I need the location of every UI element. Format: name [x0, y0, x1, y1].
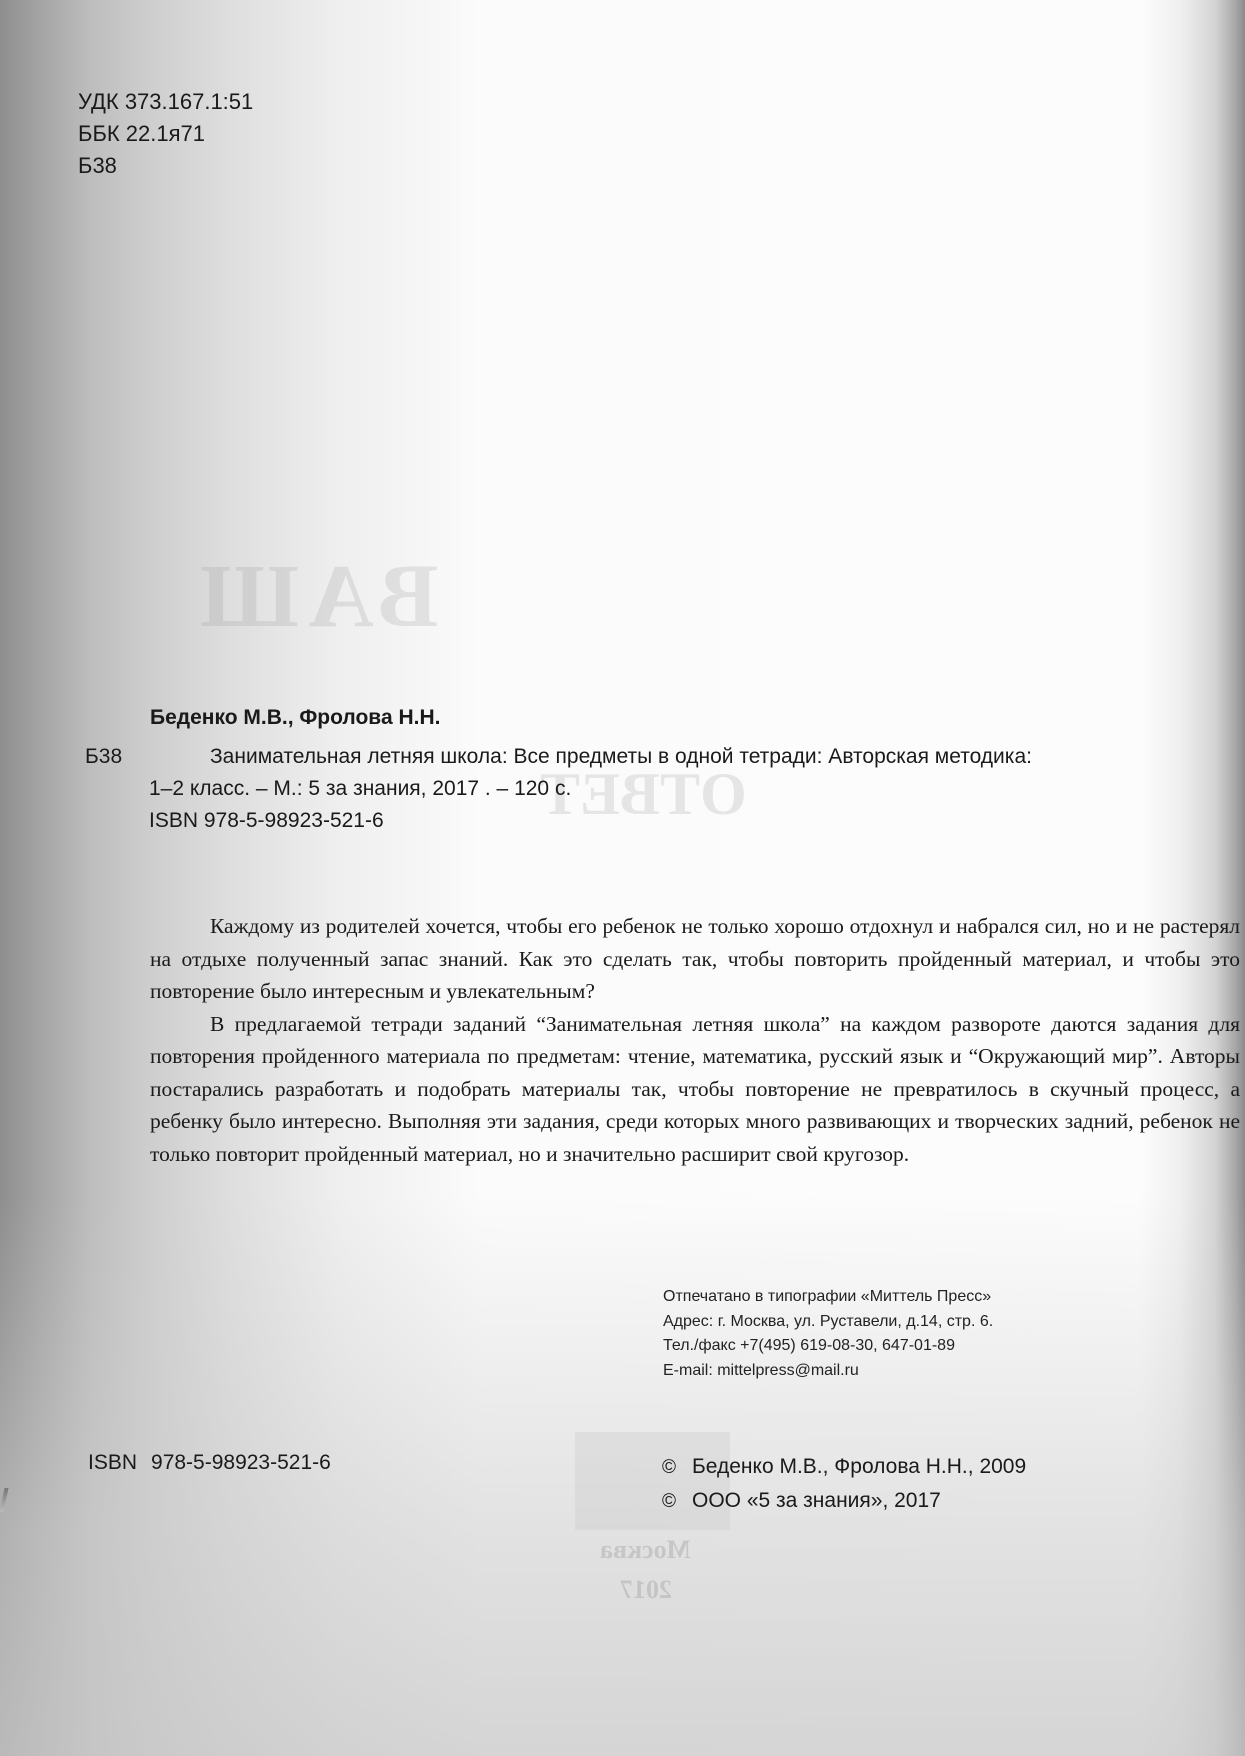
printed-by: Отпечатано в типографии «Миттель Пресс»	[663, 1285, 993, 1310]
copyright-icon: ©	[662, 1485, 692, 1518]
scan-shading	[0, 1196, 1245, 1756]
annotation-paragraph: В предлагаемой тетради заданий “Занимате…	[150, 1008, 1240, 1171]
udk-code: УДК 373.167.1:51	[78, 86, 253, 118]
classification-block: УДК 373.167.1:51 ББК 22.1я71 Б38	[78, 86, 253, 182]
annotation-paragraph: Каждому из родителей хочется, чтобы его …	[150, 910, 1240, 1008]
copyright-block: ©Беденко М.В., Фролова Н.Н., 2009 ©ООО «…	[662, 1450, 1026, 1518]
book-title-line: Занимательная летняя школа: Все предметы…	[85, 741, 1245, 773]
copyright-authors: Беденко М.В., Фролова Н.Н., 2009	[692, 1455, 1026, 1478]
printer-info: Отпечатано в типографии «Миттель Пресс» …	[663, 1285, 993, 1383]
isbn-number: 978-5-98923-521-6	[151, 1451, 331, 1474]
record-author-mark: Б38	[85, 741, 122, 773]
bleed-through-ghost-text: Москва	[600, 1535, 691, 1565]
bibliographic-record: Б38 Занимательная летняя школа: Все пред…	[85, 741, 1245, 837]
imprint-line: 1–2 класс. – М.: 5 за знания, 2017 . – 1…	[85, 773, 1245, 805]
bbk-code: ББК 22.1я71	[78, 118, 253, 150]
bleed-through-ghost-text: 2017	[620, 1575, 672, 1605]
author-mark: Б38	[78, 150, 253, 182]
copyright-authors-line: ©Беденко М.В., Фролова Н.Н., 2009	[662, 1450, 1026, 1484]
book-authors: Беденко М.В., Фролова Н.Н.	[150, 706, 440, 730]
scan-edge-mark	[0, 1488, 9, 1512]
annotation: Каждому из родителей хочется, чтобы его …	[150, 910, 1240, 1170]
copyright-publisher: ООО «5 за знания», 2017	[692, 1489, 941, 1512]
record-isbn: ISBN 978-5-98923-521-6	[85, 805, 1245, 837]
printer-email: E-mail: mittelpress@mail.ru	[663, 1359, 993, 1384]
copyright-publisher-line: ©ООО «5 за знания», 2017	[662, 1484, 1026, 1518]
bleed-through-ghost-text: ВАШ	[190, 545, 438, 648]
printer-phone: Тел./факс +7(495) 619-08-30, 647-01-89	[663, 1334, 993, 1359]
printer-address: Адрес: г. Москва, ул. Руставели, д.14, с…	[663, 1310, 993, 1335]
isbn-label: ISBN	[88, 1451, 137, 1474]
footer-isbn: ISBN978-5-98923-521-6	[88, 1451, 331, 1475]
copyright-icon: ©	[662, 1451, 692, 1484]
